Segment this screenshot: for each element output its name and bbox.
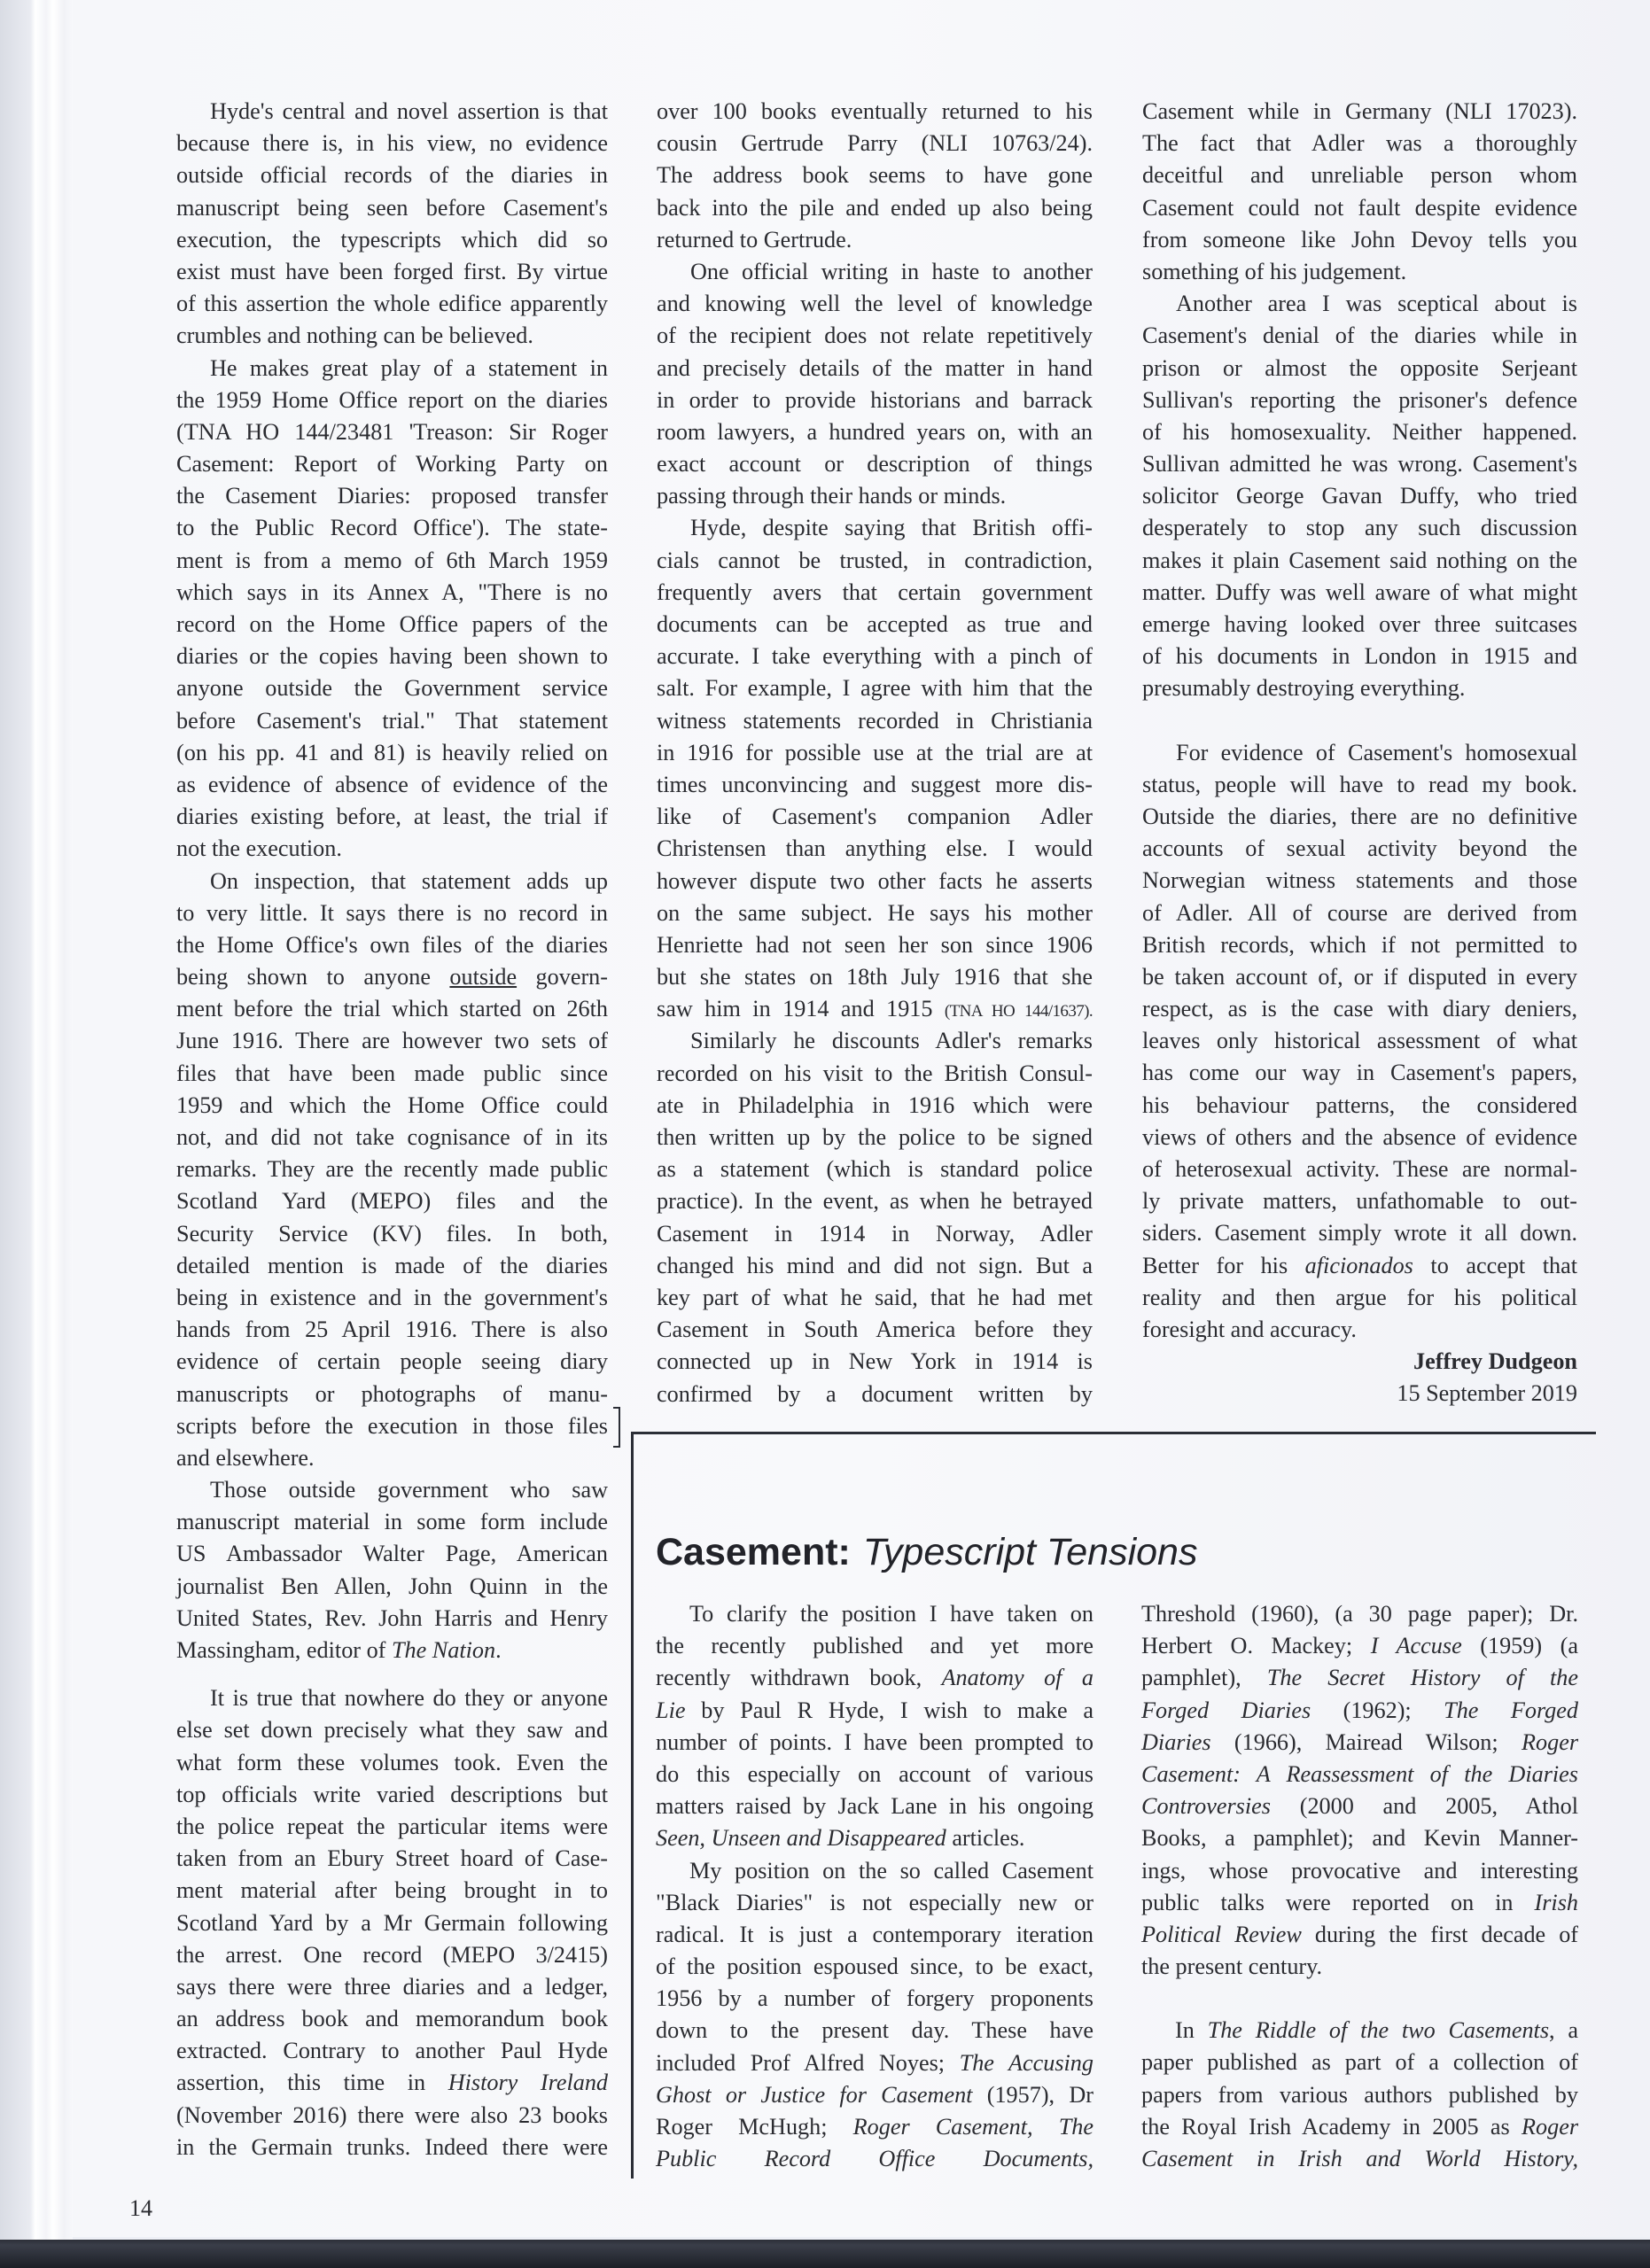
article2-column-1: To clarify the position I have taken ont… [656, 1598, 1094, 2175]
text-line: US Ambassador Walter Page, American [176, 1538, 608, 1570]
text-line: To clarify the position I have taken on [656, 1598, 1094, 1630]
text-line: Casement could not fault despite evidenc… [1142, 192, 1577, 224]
text-line: then written up by the police to be sign… [657, 1122, 1093, 1153]
text-line: Norwegian witness statements and those [1142, 865, 1577, 897]
text-line: salt. For example, I agree with him that… [657, 672, 1093, 704]
text-line: (TNA HO 144/23481 'Treason: Sir Roger [176, 416, 608, 448]
text-line: evidence of certain people seeing diary [176, 1346, 608, 1378]
text-line: Casement in 1914 in Norway, Adler [657, 1218, 1093, 1250]
scan-bottom-edge [0, 2240, 1650, 2268]
text-line: Casement in Irish and World History, [1141, 2143, 1578, 2175]
text-line: taken from an Ebury Street hoard of Case… [176, 1843, 608, 1875]
text-line: be taken account of, or if disputed in e… [1142, 961, 1577, 993]
text-line: For evidence of Casement's homosexual [1142, 737, 1577, 769]
text-line: record on the Home Office papers of the [176, 609, 608, 641]
text-line: Scotland Yard by a Mr Germain following [176, 1907, 608, 1939]
text-line: ings, whose provocative and interesting [1141, 1855, 1578, 1887]
text-line: the police repeat the particular items w… [176, 1811, 608, 1843]
text-line: the present century. [1141, 1951, 1578, 1983]
text-line: room lawyers, a hundred years on, with a… [657, 416, 1093, 448]
text-line: in 1916 for possible use at the trial ar… [657, 737, 1093, 769]
article2-title: Casement:Typescript Tensions [656, 1531, 1197, 1574]
text-line: Forged Diaries (1962); The Forged [1141, 1695, 1578, 1727]
text-line: the arrest. One record (MEPO 3/2415) [176, 1939, 608, 1971]
text-line: 1959 and which the Home Office could [176, 1090, 608, 1122]
text-line: Massingham, editor of The Nation. [176, 1635, 608, 1666]
text-line: not the execution. [176, 833, 608, 865]
text-line: from someone like John Devoy tells you [1142, 224, 1577, 256]
text-line: of heterosexual activity. These are norm… [1142, 1153, 1577, 1185]
text-line: cials cannot be trusted, in contradictio… [657, 545, 1093, 577]
text-line: key part of what he said, that he had me… [657, 1282, 1093, 1314]
text-line: ment material after being brought in to [176, 1875, 608, 1907]
article1-column-3-body: Casement while in Germany (NLI 17023).Th… [1142, 96, 1577, 1346]
text-line: cousin Gertrude Parry (NLI 10763/24). [657, 128, 1093, 159]
text-line: in the Germain trunks. Indeed there were [176, 2132, 608, 2163]
text-line: execution, the typescripts which did so [176, 224, 608, 256]
text-line: It is true that nowhere do they or anyon… [176, 1682, 608, 1714]
text-line: frequently avers that certain government [657, 577, 1093, 609]
text-line: manuscripts or photographs of manu- [176, 1379, 608, 1410]
text-line: Hyde's central and novel assertion is th… [176, 96, 608, 128]
text-line: remarks. They are the recently made publ… [176, 1153, 608, 1185]
text-line: public talks were reported on in Irish [1141, 1887, 1578, 1919]
text-line: The fact that Adler was a thoroughly [1142, 128, 1577, 159]
text-line: Those outside government who saw [176, 1474, 608, 1506]
text-line: the Casement Diaries: proposed transfer [176, 480, 608, 512]
text-line: British records, which if not permitted … [1142, 929, 1577, 961]
text-line: practice). In the event, as when he betr… [657, 1185, 1093, 1217]
text-line: Sullivan admitted he was wrong. Casement… [1142, 448, 1577, 480]
text-line: respect, as is the case with diary denie… [1142, 993, 1577, 1025]
text-line: saw him in 1914 and 1915 (TNA HO 144/163… [657, 993, 1093, 1025]
text-line: Henriette had not seen her son since 190… [657, 929, 1093, 961]
text-line: Casement in South America before they [657, 1314, 1093, 1346]
text-line: anyone outside the Government service [176, 672, 608, 704]
article2-title-subtitle: Typescript Tensions [863, 1531, 1198, 1573]
text-line: makes it plain Casement said nothing on … [1142, 545, 1577, 577]
text-line: One official writing in haste to another [657, 256, 1093, 288]
text-line: presumably destroying everything. [1142, 672, 1577, 704]
text-line: top officials write varied descriptions … [176, 1779, 608, 1811]
text-line: In The Riddle of the two Casements, a [1141, 2015, 1578, 2047]
text-line: accurate. I take everything with a pinch… [657, 641, 1093, 672]
text-line: Political Review during the first decade… [1141, 1919, 1578, 1951]
text-line: but she states on 18th July 1916 that sh… [657, 961, 1093, 993]
text-line: ment before the trial which started on 2… [176, 993, 608, 1025]
text-line: returned to Gertrude. [657, 224, 1093, 256]
text-line: like of Casement's companion Adler [657, 801, 1093, 833]
text-line: reality and then argue for his political [1142, 1282, 1577, 1314]
text-line: down to the present day. These have [656, 2015, 1094, 2047]
text-line: Hyde, despite saying that British offi- [657, 512, 1093, 544]
text-line: connected up in New York in 1914 is [657, 1346, 1093, 1378]
text-line: on the same subject. He says his mother [657, 897, 1093, 929]
text-line: of Adler. All of course are derived from [1142, 897, 1577, 929]
text-line: passing through their hands or minds. [657, 480, 1093, 512]
text-line: what form these volumes took. Even the [176, 1747, 608, 1779]
text-line: changed his mind and did not sign. But a [657, 1250, 1093, 1282]
text-line: recently withdrawn book, Anatomy of a [656, 1662, 1094, 1694]
text-line: as a statement (which is standard police [657, 1153, 1093, 1185]
text-line: Sullivan's reporting the prisoner's defe… [1142, 384, 1577, 416]
text-line: status, people will have to read my book… [1142, 769, 1577, 801]
text-line: being in existence and in the government… [176, 1282, 608, 1314]
text-line: He makes great play of a statement in [176, 353, 608, 384]
text-line: confirmed by a document written by [657, 1379, 1093, 1410]
text-line: Outside the diaries, there are no defini… [1142, 801, 1577, 833]
text-line: papers from various authors published by [1141, 2079, 1578, 2111]
text-line: manuscript material in some form include [176, 1506, 608, 1538]
text-line: Casement: A Reassessment of the Diaries [1141, 1759, 1578, 1790]
text-line: has come our way in Casement's papers, [1142, 1057, 1577, 1089]
text-line: On inspection, that statement adds up [176, 866, 608, 897]
text-line: Threshold (1960), (a 30 page paper); Dr. [1141, 1598, 1578, 1630]
text-line: 1956 by a number of forgery proponents [656, 1983, 1094, 2015]
text-line: (November 2016) there were also 23 books [176, 2100, 608, 2132]
text-line: crumbles and nothing can be believed. [176, 320, 608, 352]
text-line: Books, a pamphlet); and Kevin Manner- [1141, 1822, 1578, 1854]
text-line: documents can be accepted as true and [657, 609, 1093, 641]
text-line: exist must have been forged first. By vi… [176, 256, 608, 288]
article2-column-2: Threshold (1960), (a 30 page paper); Dr.… [1141, 1598, 1578, 2175]
text-line: his behaviour patterns, the considered [1142, 1090, 1577, 1122]
text-line: Diaries (1966), Mairead Wilson; Roger [1141, 1727, 1578, 1759]
text-line: to very little. It says there is no reco… [176, 897, 608, 929]
text-line: ly private matters, unfathomable to out- [1142, 1185, 1577, 1217]
text-line: Casement while in Germany (NLI 17023). [1142, 96, 1577, 128]
text-line: however dispute two other facts he asser… [657, 866, 1093, 897]
text-line: to the Public Record Office'). The state… [176, 512, 608, 544]
article2-title-lead: Casement: [656, 1531, 851, 1573]
continuation-bracket [613, 1407, 620, 1448]
text-line: prison or almost the opposite Serjeant [1142, 353, 1577, 384]
article-date: 15 September 2019 [1142, 1378, 1577, 1410]
text-line: before Casement's trial." That statement [176, 705, 608, 737]
text-line: journalist Ben Allen, John Quinn in the [176, 1571, 608, 1603]
text-line: not, and did not take cognisance of in i… [176, 1122, 608, 1153]
text-line: as evidence of absence of evidence of th… [176, 769, 608, 801]
text-line: times unconvincing and suggest more dis- [657, 769, 1093, 801]
text-line: paper published as part of a collection … [1141, 2047, 1578, 2078]
text-line: United States, Rev. John Harris and Henr… [176, 1603, 608, 1635]
text-line: else set down precisely what they saw an… [176, 1714, 608, 1746]
text-line: number of points. I have been prompted t… [656, 1727, 1094, 1759]
text-line: over 100 books eventually returned to hi… [657, 96, 1093, 128]
text-line: the Royal Irish Academy in 2005 as Roger [1141, 2111, 1578, 2143]
article1-column-2: over 100 books eventually returned to hi… [657, 96, 1093, 1410]
text-line: assertion, this time in History Ireland [176, 2067, 608, 2099]
text-line: scripts before the execution in those fi… [176, 1410, 608, 1442]
text-line: witness statements recorded in Christian… [657, 705, 1093, 737]
text-line: matter. Duffy was well aware of what mig… [1142, 577, 1577, 609]
text-line: included Prof Alfred Noyes; The Accusing [656, 2047, 1094, 2079]
paragraph-gap [176, 1666, 608, 1682]
text-line: the 1959 Home Office report on the diari… [176, 384, 608, 416]
text-line: Lie by Paul R Hyde, I wish to make a [656, 1695, 1094, 1727]
text-line: of this assertion the whole edifice appa… [176, 288, 608, 320]
text-line: foresight and accuracy. [1142, 1314, 1577, 1346]
text-line: Casement's denial of the diaries while i… [1142, 320, 1577, 352]
text-line: Another area I was sceptical about is [1142, 288, 1577, 320]
text-line: desperately to stop any such discussion [1142, 512, 1577, 544]
text-line: diaries or the copies having been shown … [176, 641, 608, 672]
text-line: the Home Office's own files of the diari… [176, 929, 608, 961]
text-line: Controversies (2000 and 2005, Athol [1141, 1790, 1578, 1822]
text-line: do this especially on account of various [656, 1759, 1094, 1790]
text-line: (on his pp. 41 and 81) is heavily relied… [176, 737, 608, 769]
text-line: extracted. Contrary to another Paul Hyde [176, 2035, 608, 2067]
text-line: Casement: Report of Working Party on [176, 448, 608, 480]
text-line: Public Record Office Documents, [656, 2143, 1094, 2175]
text-line: "Black Diaries" is not especially new or [656, 1887, 1094, 1919]
text-line: views of others and the absence of evide… [1142, 1122, 1577, 1153]
text-line: an address book and memorandum book [176, 2003, 608, 2035]
text-line: back into the pile and ended up also bei… [657, 192, 1093, 224]
text-line: of the position espoused since, to be ex… [656, 1951, 1094, 1983]
text-line: outside official records of the diaries … [176, 159, 608, 191]
author-signature: Jeffrey Dudgeon [1142, 1346, 1577, 1378]
article1-column-3: Casement while in Germany (NLI 17023).Th… [1142, 96, 1577, 1410]
text-line: detailed mention is made of the diaries [176, 1250, 608, 1282]
text-line: solicitor George Gavan Duffy, who tried [1142, 480, 1577, 512]
text-line: ment is from a memo of 6th March 1959 [176, 545, 608, 577]
text-line: matters raised by Jack Lane in his ongoi… [656, 1790, 1094, 1822]
text-line: says there were three diaries and a ledg… [176, 1971, 608, 2003]
text-line: being shown to anyone outside govern- [176, 961, 608, 993]
text-line: because there is, in his view, no eviden… [176, 128, 608, 159]
text-line: leaves only historical assessment of wha… [1142, 1025, 1577, 1057]
text-line: My position on the so called Casement [656, 1855, 1094, 1887]
text-line: diaries existing before, at least, the t… [176, 801, 608, 833]
text-line: radical. It is just a contemporary itera… [656, 1919, 1094, 1951]
text-line: Security Service (KV) files. In both, [176, 1218, 608, 1250]
article1-column-1: Hyde's central and novel assertion is th… [176, 96, 608, 2163]
section-gap [1142, 705, 1577, 737]
text-line: files that have been made public since [176, 1058, 608, 1090]
text-line: and elsewhere. [176, 1442, 608, 1474]
text-line: Roger McHugh; Roger Casement, The [656, 2111, 1094, 2143]
text-line: Better for his aficionados to accept tha… [1142, 1250, 1577, 1282]
text-line: of the recipient does not relate repetit… [657, 320, 1093, 352]
text-line: pamphlet), The Secret History of the [1141, 1662, 1578, 1694]
text-line: Ghost or Justice for Casement (1957), Dr [656, 2079, 1094, 2111]
text-line: recorded on his visit to the British Con… [657, 1058, 1093, 1090]
text-line: The address book seems to have gone [657, 159, 1093, 191]
text-line: the recently published and yet more [656, 1630, 1094, 1662]
text-line: and precisely details of the matter in h… [657, 353, 1093, 384]
text-line: Similarly he discounts Adler's remarks [657, 1025, 1093, 1057]
text-line: ate in Philadelphia in 1916 which were [657, 1090, 1093, 1122]
text-line: and knowing well the level of knowledge [657, 288, 1093, 320]
text-line: siders. Casement simply wrote it all dow… [1142, 1217, 1577, 1249]
text-line: emerge having looked over three suitcase… [1142, 609, 1577, 641]
text-line: exact account or description of things [657, 448, 1093, 480]
text-line: Herbert O. Mackey; I Accuse (1959) (a [1141, 1630, 1578, 1662]
page-number: 14 [129, 2195, 152, 2222]
section-gap [1141, 1983, 1578, 2015]
text-line: which says in its Annex A, "There is no [176, 577, 608, 609]
text-line: hands from 25 April 1916. There is also [176, 1314, 608, 1346]
text-line: of his homosexuality. Neither happened. [1142, 416, 1577, 448]
text-line: Seen, Unseen and Disappeared articles. [656, 1822, 1094, 1854]
text-line: Scotland Yard (MEPO) files and the [176, 1185, 608, 1217]
text-line: accounts of sexual activity beyond the [1142, 833, 1577, 865]
text-line: June 1916. There are however two sets of [176, 1025, 608, 1057]
text-line: in order to provide historians and barra… [657, 384, 1093, 416]
text-line: Christensen than anything else. I would [657, 833, 1093, 865]
book-spine-edge [0, 0, 73, 2268]
text-line: deceitful and unreliable person whom [1142, 159, 1577, 191]
text-line: of his documents in London in 1915 and [1142, 641, 1577, 672]
text-line: something of his judgement. [1142, 256, 1577, 288]
text-line: manuscript being seen before Casement's [176, 192, 608, 224]
